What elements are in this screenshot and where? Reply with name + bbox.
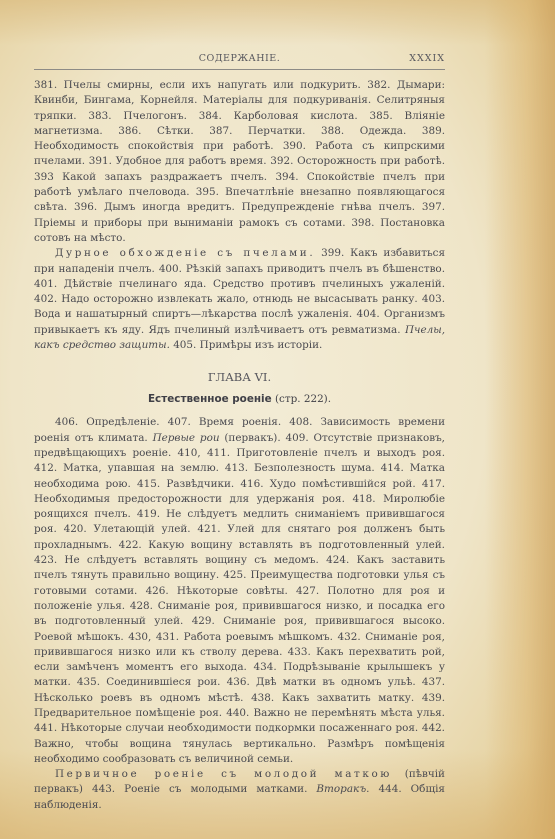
section-heading-primary-swarming: Первичное роеніе съ молодой маткою xyxy=(55,768,392,780)
toc-text: 399. Какъ избавиться при нападеніи пчелъ… xyxy=(34,247,445,335)
chapter-subtitle-text: Естественное роеніе xyxy=(148,393,272,405)
chapter-subtitle-page: (стр. 222). xyxy=(272,393,331,405)
toc-paragraph-406-442: 406. Опредѣленіе. 407. Время роенія. 408… xyxy=(34,415,445,767)
italic-subheading: Вторакъ. xyxy=(316,783,369,795)
toc-paragraph-381-398: 381. Пчелы смирны, если ихъ напугать или… xyxy=(34,78,445,246)
chapter-subtitle: Естественное роеніе (стр. 222). xyxy=(34,393,445,405)
italic-subheading: Первые рои xyxy=(153,432,220,444)
chapter-title: ГЛАВА VI. xyxy=(34,370,445,384)
toc-paragraph-443-444: Первичное роеніе съ молодой маткою (пѣвч… xyxy=(34,767,445,813)
book-page: СОДЕРЖАНІЕ. XXXIX 381. Пчелы смирны, есл… xyxy=(34,53,445,813)
running-header: СОДЕРЖАНІЕ. XXXIX xyxy=(34,53,445,67)
toc-paragraph-399-405: Дурное обхожденіе съ пчелами. 399. Какъ … xyxy=(34,246,445,353)
section-heading-bad-handling: Дурное обхожденіе съ пчелами. xyxy=(55,247,315,259)
header-rule xyxy=(34,69,445,70)
header-title: СОДЕРЖАНІЕ. xyxy=(34,53,445,64)
paper-stain-right xyxy=(485,0,555,839)
paper-stain-top xyxy=(0,0,555,45)
toc-text: (первакъ). 409. Отсутствіе признаковъ, п… xyxy=(34,432,445,765)
page-number: XXXIX xyxy=(409,53,445,64)
toc-text: 405. Примѣры изъ исторіи. xyxy=(170,339,322,351)
